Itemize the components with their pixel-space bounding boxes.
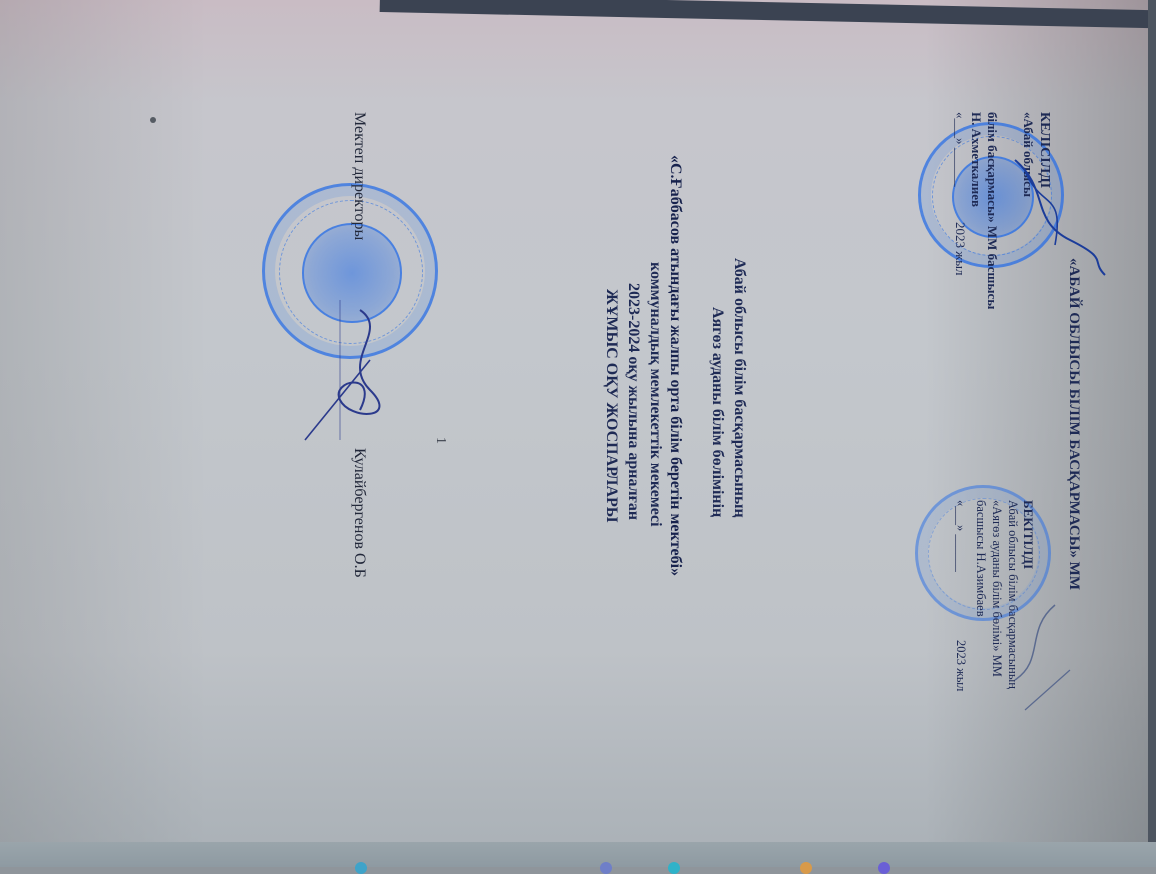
agreed-line-2: білім басқармасы» ММ басшысы [984,112,1000,309]
director-signature [300,300,390,450]
page-number: 1 [432,437,448,444]
title-line-2: Аягөз ауданы білім бөлімінің [708,307,726,517]
title-line-6: ЖҰМЫС ОҚУ ЖОСПАРЛАРЫ [602,289,620,522]
title-line-1: Абай облысы білім басқармасының [730,258,748,518]
header-organization: «АБАЙ ОБЛЫСЫ БІЛІМ БАСҚАРМАСЫ» ММ [1065,258,1082,590]
title-line-5: 2023-2024 оқу жылына арналған [624,283,642,520]
approved-signature [985,600,1075,720]
agreed-signature [1010,150,1110,280]
agreed-date-prefix: «___» ______ [952,112,968,187]
approved-title: БЕКІТІЛДІ [1020,500,1036,569]
director-name: Кулайбергенов О.Б [350,448,368,578]
agreed-date: 2023 жыл [952,222,968,275]
approved-date-prefix: «___» ______ [953,500,968,572]
document-page: «АБАЙ ОБЛЫСЫ БІЛІМ БАСҚАРМАСЫ» ММ КЕЛІСІ… [0,0,1156,867]
approved-date: 2023 жыл [953,640,968,691]
speck [150,117,156,123]
title-line-3: «С.Ғаббасов атындағы жалпы орта білім бе… [666,155,684,576]
title-line-4: коммуналдық мемлекеттік мекемесі [646,262,664,527]
director-label: Мектеп директоры [350,112,368,240]
agreed-line-3: Н. Ахметкалиев [968,112,984,207]
